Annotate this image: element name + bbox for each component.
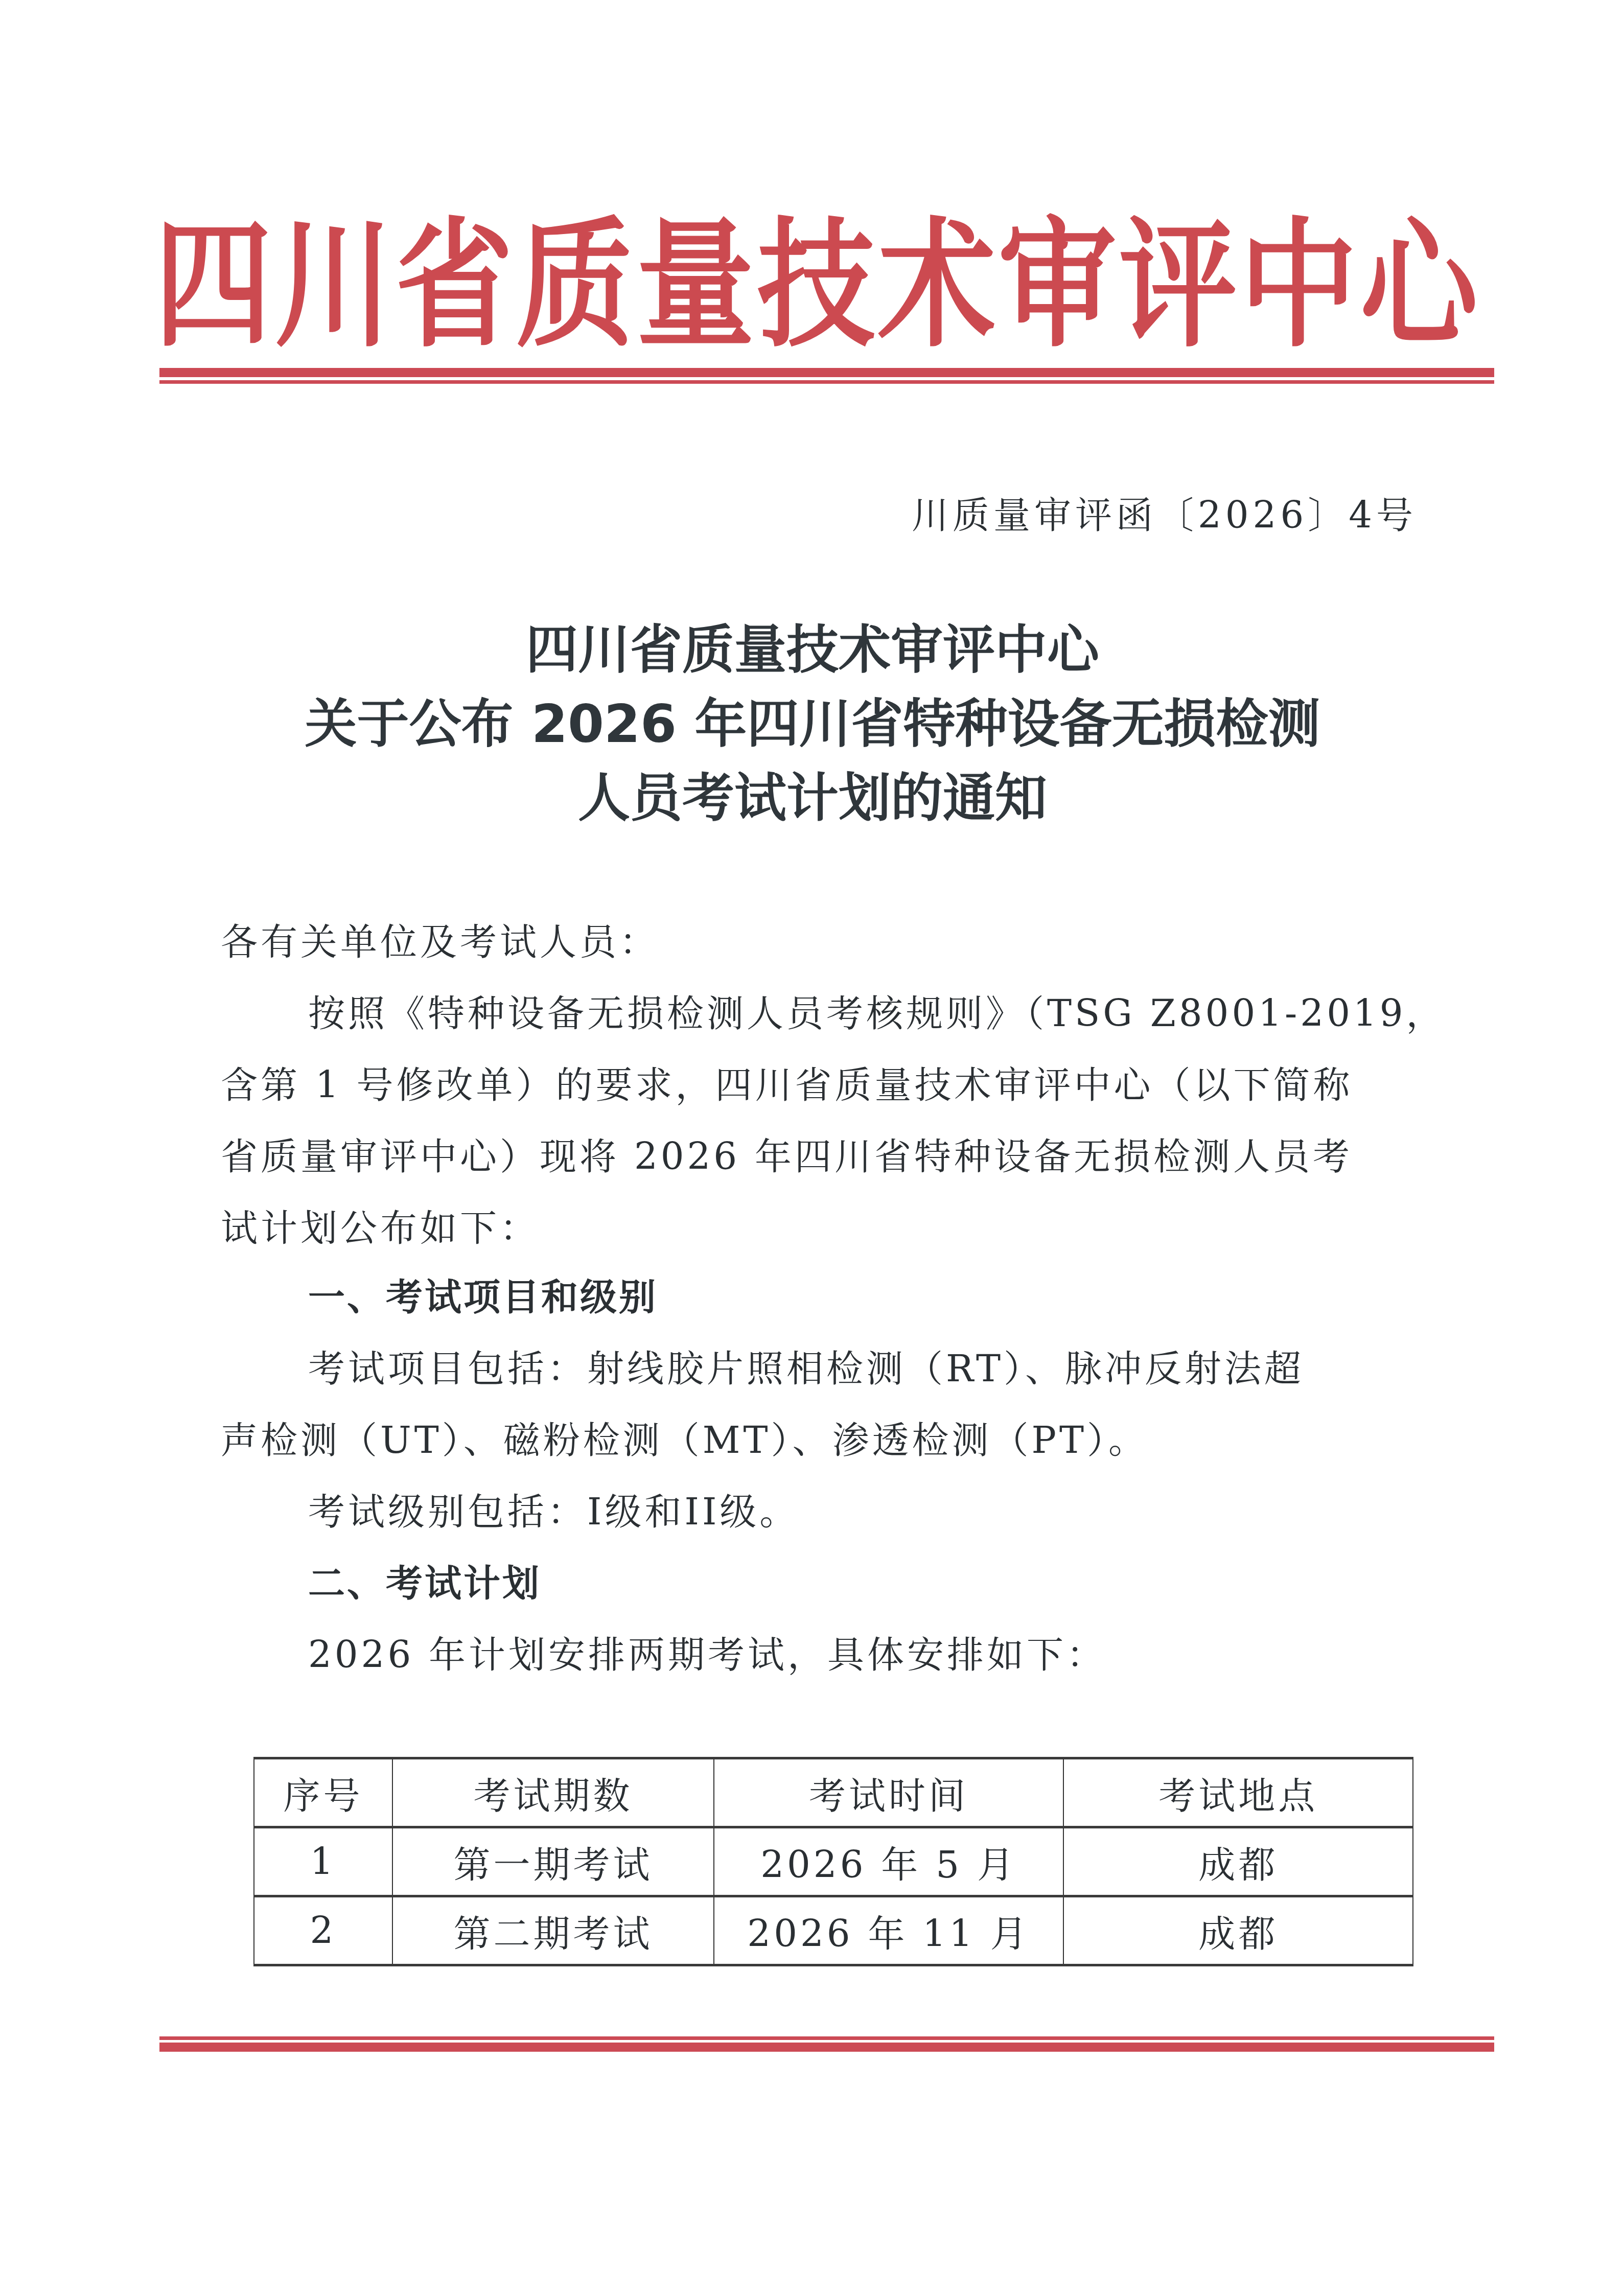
cell-exam-session: 第二期考试 xyxy=(392,1896,714,1965)
section-1-levels: 考试级别包括：I级和II级。 xyxy=(308,1482,1504,1535)
cell-exam-location: 成都 xyxy=(1063,1827,1413,1896)
document-page: 四川省质量技术审评中心 川质量审评函〔2026〕4号 四川省质量技术审评中心 关… xyxy=(0,0,1624,2296)
cell-serial-number: 1 xyxy=(254,1827,392,1896)
header-exam-session: 考试期数 xyxy=(392,1758,714,1827)
masthead-divider-thin xyxy=(159,380,1494,384)
document-title: 四川省质量技术审评中心 关于公布 2026 年四川省特种设备无损检测 人员考试计… xyxy=(153,613,1472,836)
paragraph-1-line-4: 试计划公布如下： xyxy=(221,1198,1417,1251)
header-exam-time: 考试时间 xyxy=(714,1758,1063,1827)
paragraph-1-line-3: 省质量审评中心）现将 2026 年四川省特种设备无损检测人员考 xyxy=(221,1127,1417,1180)
header-exam-location: 考试地点 xyxy=(1063,1758,1413,1827)
footer-divider-thin xyxy=(159,2036,1494,2040)
masthead-divider-thick xyxy=(159,368,1494,377)
salutation: 各有关单位及考试人员： xyxy=(221,912,1417,965)
section-1-items-line-1: 考试项目包括：射线胶片照相检测（RT）、脉冲反射法超 xyxy=(308,1339,1504,1392)
title-line-3: 人员考试计划的通知 xyxy=(153,761,1472,836)
cell-exam-session: 第一期考试 xyxy=(392,1827,714,1896)
cell-exam-location: 成都 xyxy=(1063,1896,1413,1965)
masthead-org-name: 四川省质量技术审评中心 xyxy=(164,199,1472,374)
section-2-intro: 2026 年计划安排两期考试，具体安排如下： xyxy=(308,1625,1504,1678)
title-line-2: 关于公布 2026 年四川省特种设备无损检测 xyxy=(153,687,1472,761)
table-row: 2 第二期考试 2026 年 11 月 成都 xyxy=(254,1896,1413,1965)
cell-serial-number: 2 xyxy=(254,1896,392,1965)
document-number: 川质量审评函〔2026〕4号 xyxy=(912,485,1417,539)
title-line-1: 四川省质量技术审评中心 xyxy=(153,613,1472,687)
cell-exam-time: 2026 年 11 月 xyxy=(714,1896,1063,1965)
table-header-row: 序号 考试期数 考试时间 考试地点 xyxy=(254,1758,1413,1827)
footer-divider-thick xyxy=(159,2043,1494,2052)
section-1-items-line-2: 声检测（UT）、磁粉检测（MT）、渗透检测（PT）。 xyxy=(221,1410,1417,1464)
exam-schedule-table: 序号 考试期数 考试时间 考试地点 1 第一期考试 2026 年 5 月 成都 … xyxy=(253,1757,1413,1966)
section-1-heading: 一、考试项目和级别 xyxy=(308,1267,1504,1320)
cell-exam-time: 2026 年 5 月 xyxy=(714,1827,1063,1896)
header-serial-number: 序号 xyxy=(254,1758,392,1827)
paragraph-1-line-1: 按照《特种设备无损检测人员考核规则》（TSG Z8001-2019， xyxy=(308,984,1504,1037)
section-2-heading: 二、考试计划 xyxy=(308,1553,1504,1607)
paragraph-1-line-2: 含第 1 号修改单）的要求，四川省质量技术审评中心（以下简称 xyxy=(221,1055,1417,1108)
table-row: 1 第一期考试 2026 年 5 月 成都 xyxy=(254,1827,1413,1896)
